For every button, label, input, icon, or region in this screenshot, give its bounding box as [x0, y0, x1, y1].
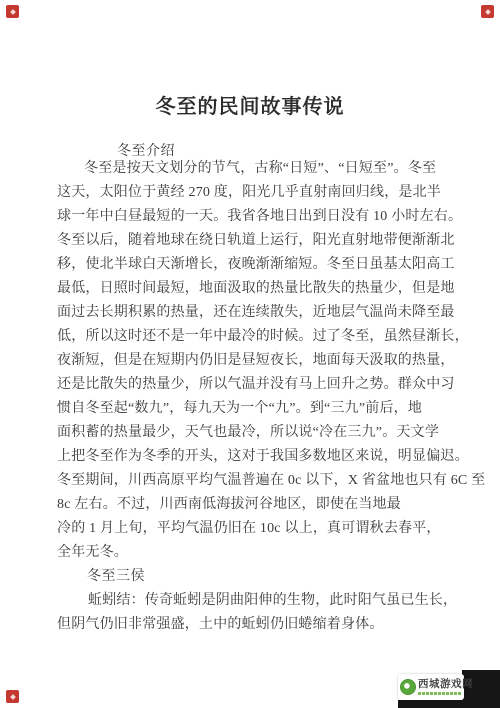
corner-ornament-top-right: [481, 5, 494, 18]
text-line: 还是比散失的热量少，所以气温并没有马上回升之势。群众中习: [57, 373, 477, 397]
text-line: 蚯蚓结：传奇蚯蚓是阴曲阳伸的生物，此时阳气虽已生长，: [57, 589, 477, 613]
text-line: 球一年中白昼最短的一天。我省各地日出到日没有 10 小时左右。: [57, 205, 477, 229]
watermark-dark-strip: [398, 700, 500, 708]
text-line: 夜渐短，但是在短期内仍旧是昼短夜长，地面每天汲取的热量，: [57, 349, 477, 373]
text-line: 冬至期间，川西高原平均气温普遍在 0c 以下，X 省盆地也只有 6C 至: [57, 469, 477, 493]
text-line: 冬至是按天文划分的节气，古称“日短”、“日短至”。冬至: [57, 157, 477, 181]
text-line: 这天，太阳位于黄经 270 度，阳光几乎直射南回归线，是北半: [57, 181, 477, 205]
site-logo: 西城游戏网: [398, 674, 464, 700]
page-title: 冬至的民间故事传说: [0, 90, 500, 119]
text-line: 上把冬至作为冬季的开头，这对于我国多数地区来说，明显偏迟。: [57, 445, 477, 469]
text-line: 冷的 1 月上旬，平均气温仍旧在 10c 以上，真可谓秋去春平，: [57, 517, 477, 541]
text-line: 但阴气仍旧非常强盛，土中的蚯蚓仍旧蜷缩着身体。: [57, 613, 477, 637]
site-logo-icon: [400, 679, 416, 695]
text-line: 低，所以这时还不是一年中最冷的时候。过了冬至，虽然昼渐长，: [57, 325, 477, 349]
section-heading-phenology: 冬至三侯: [57, 565, 477, 589]
document-body: 冬至是按天文划分的节气，古称“日短”、“日短至”。冬至 这天，太阳位于黄经 27…: [57, 157, 477, 637]
corner-ornament-top-left: [6, 5, 19, 18]
text-line: 惯自冬至起“数九”，每九天为一个“九”。到“三九”前后，地: [57, 397, 477, 421]
site-logo-tagline-bar: [418, 692, 462, 695]
document-page: 冬至的民间故事传说 冬至介绍 冬至是按天文划分的节气，古称“日短”、“日短至”。…: [0, 0, 500, 708]
text-line: 冬至以后，随着地球在绕日轨道上运行，阳光直射地带便渐渐北: [57, 229, 477, 253]
text-line: 最低，日照时间最短，地面汲取的热量比散失的热量少，但是地: [57, 277, 477, 301]
text-line: 面积蓄的热量最少，天气也最冷，所以说“冷在三九”。天文学: [57, 421, 477, 445]
text-line: 全年无冬。: [57, 541, 477, 565]
corner-ornament-bottom-left: [6, 690, 19, 703]
text-line: 移，使北半球白天渐增长，夜晚渐渐缩短。冬至日虽基太阳高工: [57, 253, 477, 277]
text-line: 面过去长期积累的热量，还在连续散失，近地层气温尚未降至最: [57, 301, 477, 325]
text-line: 8c 左右。不过，川西南低海拔河谷地区，即使在当地最: [57, 493, 477, 517]
site-logo-text: 西城游戏网: [418, 679, 473, 690]
watermark-panel: 西城游戏网: [398, 670, 500, 708]
